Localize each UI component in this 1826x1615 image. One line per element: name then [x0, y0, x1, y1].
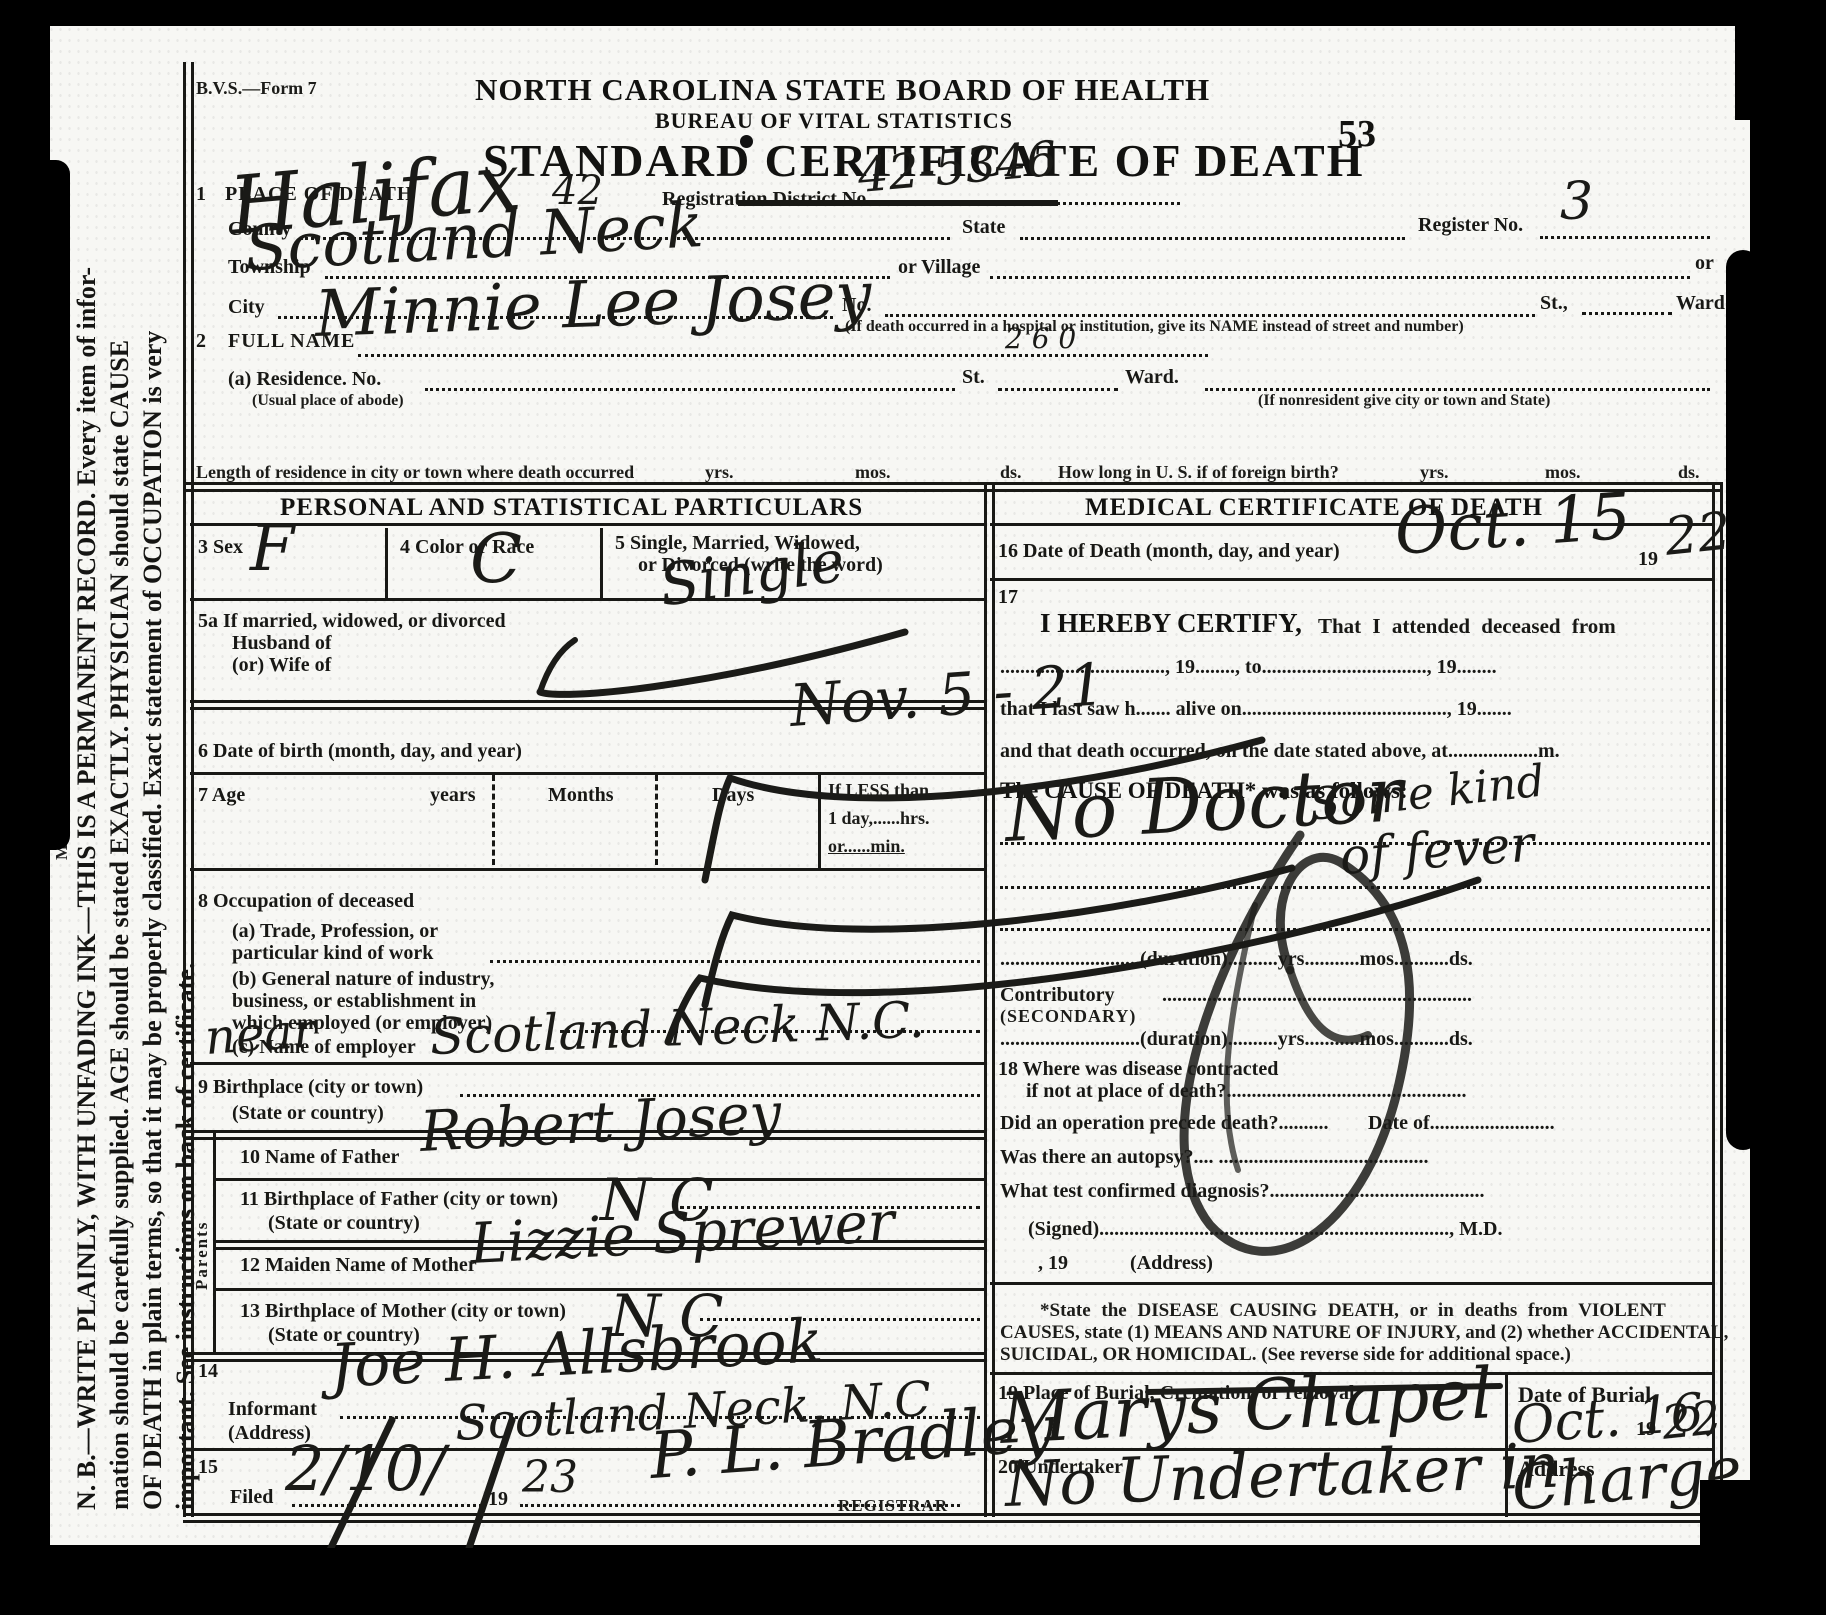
- rule-6-bottom: [190, 772, 985, 775]
- operation-line: Did an operation precede death?.........…: [1000, 1112, 1329, 1135]
- ward-label: Ward: [1676, 292, 1725, 315]
- rule-village: [990, 276, 1690, 279]
- scan-corner-tr: [1735, 0, 1765, 120]
- sex-label: 3 Sex: [198, 536, 243, 559]
- date-of-operation: Date of.........................: [1368, 1112, 1555, 1135]
- date-of-death-label: 16 Date of Death (month, day, and year): [998, 540, 1340, 563]
- father-birthplace-state: (State or country): [268, 1212, 420, 1235]
- occupation-a1: (a) Trade, Profession, or: [232, 920, 438, 943]
- residence-ward-label: Ward.: [1125, 366, 1179, 389]
- rule-cause-1: [1000, 842, 1710, 845]
- registrar-label: REGISTRAR: [838, 1496, 948, 1516]
- len-ds: ds.: [1000, 462, 1022, 483]
- length-residence-label: Length of residence in city or town wher…: [196, 462, 634, 483]
- age-label: 7 Age: [198, 784, 245, 807]
- occupation-b1: (b) General nature of industry,: [232, 968, 494, 991]
- certify-label-a: I HEREBY CERTIFY,: [1040, 608, 1302, 639]
- scan-edge-right: [1750, 0, 1826, 1615]
- comma-19: , 19: [1038, 1252, 1068, 1275]
- duration-line-2: ............................(duration)..…: [1000, 1028, 1473, 1051]
- field-5a-label: 5a If married, widowed, or divorced: [198, 610, 506, 633]
- age-years-label: years: [430, 784, 476, 807]
- filed-date-value: 2/10/: [285, 1432, 445, 1505]
- less-than-label-2: 1 day,......hrs.: [828, 808, 930, 829]
- dod-year-value: 22: [1662, 501, 1734, 568]
- rule-st: [1582, 312, 1672, 315]
- occupation-a2: particular kind of work: [232, 942, 433, 965]
- board-title: NORTH CAROLINA STATE BOARD OF HEALTH: [475, 72, 1210, 108]
- occupation-label: 8 Occupation of deceased: [198, 890, 414, 913]
- bureau-subtitle: BUREAU OF VITAL STATISTICS: [655, 108, 1013, 134]
- register-no-label: Register No.: [1418, 214, 1523, 237]
- certify-dates-line: ................................., 19...…: [1000, 656, 1497, 679]
- color-value: C: [470, 520, 522, 599]
- rule-cause-2: [1000, 886, 1710, 889]
- duration-line-1: ............................(duration)..…: [1000, 948, 1473, 971]
- field-17-number: 17: [998, 586, 1018, 609]
- last-saw-line: that I last saw h....... alive on.......…: [1000, 698, 1512, 721]
- rule-state: [1020, 237, 1405, 240]
- column-divider: [984, 482, 995, 1517]
- field-15-number: 15: [198, 1456, 218, 1479]
- rule-register: [1540, 236, 1710, 239]
- dod-19-printed: 19: [1638, 548, 1658, 571]
- rule-fullname: [358, 354, 1208, 357]
- death-certificate-scan: MARGIN RESERVED FOR BINDING N. B.—WRITE …: [0, 0, 1826, 1615]
- rule-row5-bottom: [190, 598, 985, 601]
- personal-header: PERSONAL AND STATISTICAL PARTICULARS: [280, 494, 863, 522]
- certificate-number-stamp: 53: [1338, 112, 1376, 156]
- rule-above-footnote: [990, 1282, 1715, 1285]
- rule-under-left-header: [190, 523, 985, 526]
- rule-16-bottom: [990, 578, 1715, 581]
- age-divider-1: [492, 775, 495, 865]
- rule-street: [885, 314, 1535, 317]
- scan-edge-top: [0, 0, 1826, 26]
- signed-line: (Signed)................................…: [1028, 1218, 1502, 1241]
- rule-10-bottom: [213, 1178, 985, 1181]
- or-village-label: or Village: [898, 256, 980, 279]
- burial-19-printed: 19: [1636, 1418, 1656, 1441]
- field-14-number: 14: [198, 1360, 218, 1383]
- certify-label-b: That I attended deceased from: [1318, 614, 1616, 639]
- contributory-dots: ........................................…: [1162, 984, 1472, 1007]
- autopsy-line: Was there an autopsy?.... ..............…: [1000, 1146, 1429, 1169]
- rule-registration: [900, 202, 1180, 205]
- footnote-line-2: CAUSES, state (1) MEANS AND NATURE OF IN…: [1000, 1322, 1728, 1344]
- rule-residence-ward: [1205, 388, 1710, 391]
- scan-corner-br: [1700, 1480, 1770, 1570]
- birthplace-state-note: (State or country): [232, 1102, 384, 1125]
- state-label: State: [962, 216, 1005, 239]
- howlong-ds: ds.: [1678, 462, 1700, 483]
- wife-of-label: (or) Wife of: [232, 654, 331, 677]
- hospital-note: (If death occurred in a hospital or inst…: [845, 318, 1464, 336]
- or-label: or: [1695, 252, 1714, 275]
- where-contracted-label-2: if not at place of death?...............…: [1026, 1080, 1467, 1103]
- father-name-label: 10 Name of Father: [240, 1146, 399, 1169]
- rule-occ-a: [490, 960, 980, 963]
- less-than-label-3: or......min.: [828, 836, 905, 857]
- rule-filed-1: [292, 1504, 482, 1507]
- husband-of-label: Husband of: [232, 632, 332, 655]
- contributory-label: Contributory: [1000, 984, 1114, 1007]
- city-label: City: [228, 296, 265, 319]
- register-no-value: 3: [1560, 172, 1593, 232]
- st-label: St.,: [1540, 292, 1568, 315]
- footnote-line-1: *State the DISEASE CAUSING DEATH, or in …: [1040, 1300, 1666, 1322]
- where-contracted-label-1: 18 Where was disease contracted: [998, 1058, 1278, 1081]
- form-left-border: [183, 62, 194, 1517]
- father-birthplace-label: 11 Birthplace of Father (city or town): [240, 1188, 558, 1211]
- scan-edge-bottom: [0, 1548, 1826, 1615]
- scan-edge-right-ragged: [1726, 250, 1760, 1150]
- sex-value: F: [250, 512, 294, 586]
- field-1-number: 1: [196, 183, 206, 206]
- secondary-label: (SECONDARY): [1000, 1006, 1136, 1027]
- filed-label: Filed: [230, 1486, 273, 1509]
- sidebar-line-1: N. B.—WRITE PLAINLY, WITH UNFADING INK—T…: [70, 60, 103, 1510]
- age-days-label: Days: [712, 784, 754, 807]
- mother-birthplace-label: 13 Birthplace of Mother (city or town): [240, 1300, 566, 1323]
- residence-st-label: St.: [962, 366, 985, 389]
- address-paren-label: (Address): [1130, 1252, 1213, 1275]
- rule-bottom-double: [183, 1513, 1723, 1523]
- len-yrs: yrs.: [705, 462, 734, 483]
- sidebar-line-2: mation should be carefully supplied. AGE…: [103, 60, 136, 1510]
- full-name-annotation: 2 6 0: [1005, 322, 1076, 355]
- filed-19-printed: 19: [488, 1488, 508, 1511]
- nonresident-note: (If nonresident give city or town and St…: [1258, 392, 1550, 410]
- rule-residence-st: [998, 388, 1118, 391]
- age-divider-3: [818, 775, 821, 868]
- field-2-number: 2: [196, 330, 206, 353]
- howlong-yrs: yrs.: [1420, 462, 1449, 483]
- len-mos: mos.: [855, 462, 891, 483]
- divider-color-marital: [600, 528, 603, 598]
- abode-note: (Usual place of abode): [252, 392, 404, 410]
- form-right-border: [1712, 482, 1723, 1517]
- rule-12-bottom: [213, 1288, 985, 1291]
- less-than-label-1: If LESS than: [828, 780, 929, 801]
- informant-label: Informant: [228, 1398, 317, 1421]
- birthplace-label: 9 Birthplace (city or town): [198, 1076, 423, 1099]
- age-divider-2: [655, 775, 658, 865]
- form-number: B.V.S.—Form 7: [196, 78, 317, 99]
- birthplace-near: near: [203, 1002, 318, 1066]
- howlong-label: How long in U. S. if of foreign birth?: [1058, 462, 1339, 483]
- residence-label: (a) Residence. No.: [228, 368, 381, 391]
- rule-8-bottom: [190, 1062, 985, 1065]
- filed-year-value: 23: [522, 1452, 578, 1503]
- rule-cause-3: [1000, 928, 1710, 931]
- test-line: What test confirmed diagnosis?..........…: [1000, 1180, 1484, 1203]
- howlong-mos: mos.: [1545, 462, 1581, 483]
- age-months-label: Months: [548, 784, 614, 807]
- parents-vertical-label: Parents: [192, 1221, 212, 1290]
- scan-edge-left: [0, 0, 50, 1615]
- divider-sex-color: [385, 528, 388, 598]
- rule-residence: [425, 388, 955, 391]
- rule-7-bottom: [190, 868, 985, 871]
- mother-name-label: 12 Maiden Name of Mother: [240, 1254, 477, 1277]
- dob-label: 6 Date of birth (month, day, and year): [198, 740, 522, 763]
- sidebar-line-3: OF DEATH in plain terms, so that it may …: [136, 60, 169, 1510]
